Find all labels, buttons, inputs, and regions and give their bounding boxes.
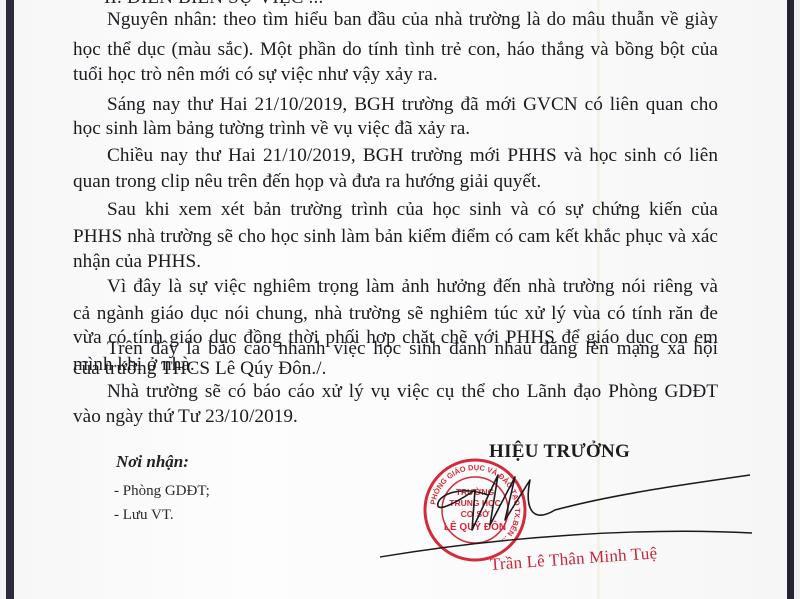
paragraph-line: học thể dục (màu sắc). Một phần do tính …: [73, 39, 718, 61]
paragraph-line: Vì đây là sự việc nghiêm trọng làm ảnh h…: [107, 276, 718, 298]
paragraph-line: Trên đây là báo cáo nhanh việc học sinh …: [107, 338, 718, 360]
receivers-title: Nơi nhận:: [116, 452, 189, 472]
paragraph-line: tuổi học trò nên mới có sự việc như vậy …: [73, 64, 438, 86]
paragraph-line: vào ngày thứ Tư 23/10/2019.: [73, 406, 298, 428]
paragraph-line: cả ngành giáo dục nói chung, nhà trường …: [73, 303, 718, 325]
paragraph-line: nhận của PHHS.: [73, 251, 201, 273]
scan-left-border: [6, 0, 14, 599]
paragraph-line: PHHS nhà trường sẽ cho học sinh làm bản …: [73, 226, 718, 248]
paragraph-line: quan trong clip nêu trên đến họp và đưa …: [73, 171, 541, 193]
paragraph-line: Chiều nay thư Hai 21/10/2019, BGH trường…: [107, 145, 718, 167]
receiver-item: - Lưu VT.: [114, 507, 174, 524]
paragraph-line: Sau khi xem xét bản trường trình của học…: [107, 199, 718, 221]
paragraph-line: học sinh làm bảng tường trình về vụ việc…: [73, 118, 470, 140]
cut-off-line: II. DIỄN BIẾN SỰ VIỆC ...: [104, 0, 323, 9]
paragraph-line: của trường THCS Lê Qúy Đôn./.: [73, 358, 326, 380]
paragraph-line: Sáng nay thư Hai 21/10/2019, BGH trường …: [107, 94, 718, 116]
receiver-item: - Phòng GDĐT;: [114, 483, 210, 500]
scan-right-border: [787, 0, 794, 599]
paragraph-line: Nguyên nhân: theo tìm hiểu ban đầu của n…: [107, 9, 718, 31]
scan-right-margin: [794, 0, 800, 599]
paragraph-line: Nhà trường sẽ có báo cáo xử lý vụ việc c…: [107, 381, 718, 403]
